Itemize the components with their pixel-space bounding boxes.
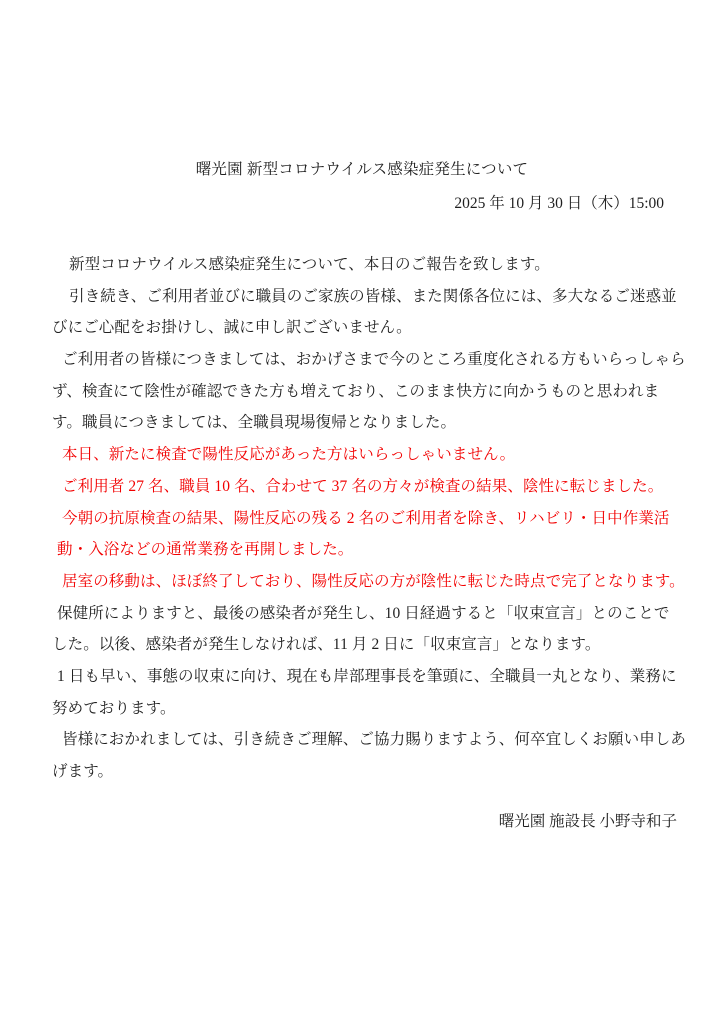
body-line: ず、検査にて陰性が確認できた方も増えており、このまま快方に向かうものと思われま <box>52 376 676 408</box>
body-line: 努めております。 <box>52 693 676 725</box>
body-line: びにご心配をお掛けし、誠に申し訳ございません。 <box>52 312 676 344</box>
body-line: 新型コロナウイルス感染症発生について、本日のご報告を致します。 <box>52 249 676 281</box>
body-line: げます。 <box>52 756 676 788</box>
body-line: 皆様におかれましては、引き続きご理解、ご協力賜りますよう、何卒宜しくお願い申しあ <box>52 724 676 756</box>
notice-document-page: 曙光園 新型コロナウイルス感染症発生について 2025 年 10 月 30 日（… <box>0 0 724 1024</box>
body-line: した。以後、感染者が発生しなければ、11 月 2 日に「収束宣言」となります。 <box>52 629 676 661</box>
body-line: ご利用者 27 名、職員 10 名、合わせて 37 名の方々が検査の結果、陰性に… <box>52 471 676 503</box>
body-line: 引き続き、ご利用者並びに職員のご家族の皆様、また関係各位には、多大なるご迷惑並 <box>52 281 676 313</box>
body-line: 1 日も早い、事態の収束に向け、現在も岸部理事長を筆頭に、全職員一丸となり、業務… <box>52 661 676 693</box>
body-line: す。職員につきましては、全職員現場復帰となりました。 <box>52 407 676 439</box>
body-line: 保健所によりますと、最後の感染者が発生し、10 日経過すると「収束宣言」とのこと… <box>52 598 676 630</box>
body-line: 居室の移動は、ほぼ終了しており、陽性反応の方が陰性に転じた時点で完了となります。 <box>52 566 676 598</box>
body-line: 動・入浴などの通常業務を再開しました。 <box>52 534 676 566</box>
document-title: 曙光園 新型コロナウイルス感染症発生について <box>0 158 724 182</box>
body-line: 今朝の抗原検査の結果、陽性反応の残る 2 名のご利用者を除き、リハビリ・日中作業… <box>52 503 676 535</box>
document-signature: 曙光園 施設長 小野寺和子 <box>52 806 677 838</box>
body-line: 本日、新たに検査で陽性反応があった方はいらっしゃいません。 <box>52 439 676 471</box>
document-body: 新型コロナウイルス感染症発生について、本日のご報告を致します。引き続き、ご利用者… <box>52 249 676 788</box>
document-datetime: 2025 年 10 月 30 日（木）15:00 <box>52 192 664 216</box>
body-line: ご利用者の皆様につきましては、おかげさまで今のところ重度化される方もいらっしゃら <box>52 344 676 376</box>
